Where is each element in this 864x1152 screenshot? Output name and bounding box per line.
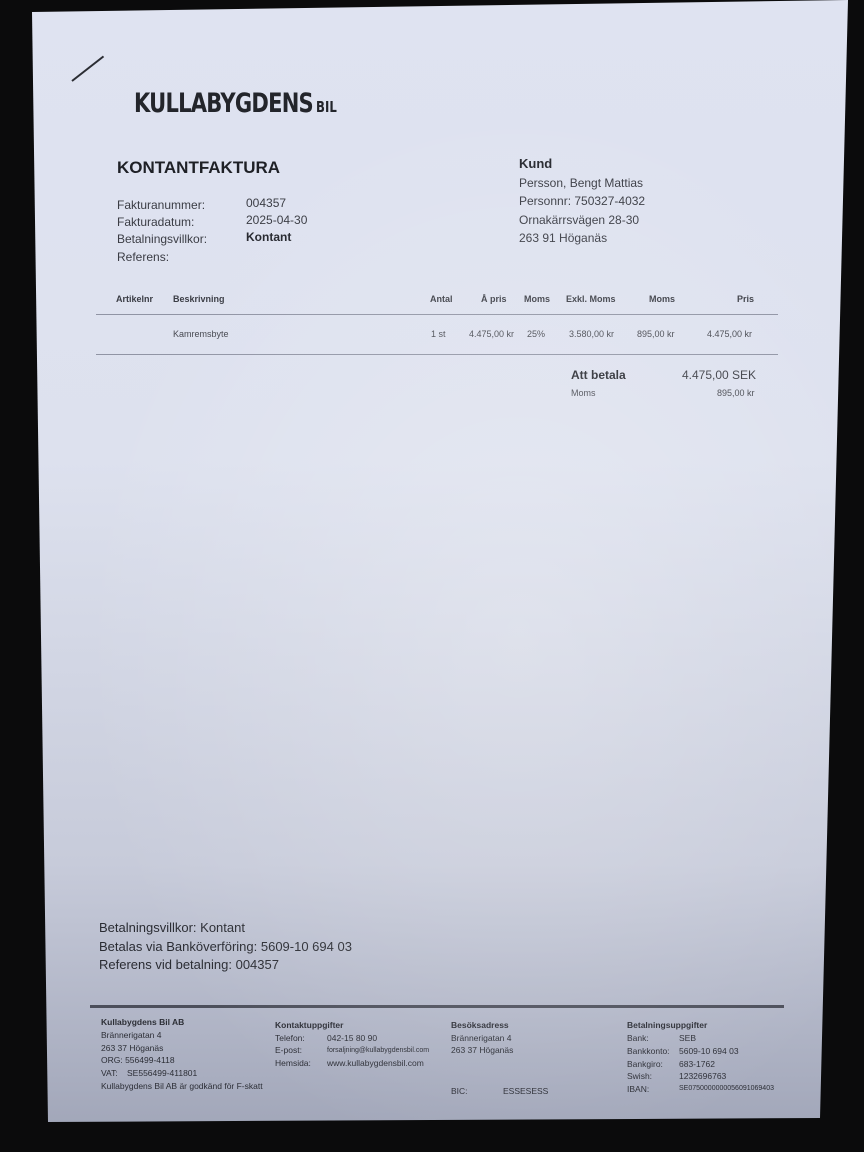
label-betalningsvillkor: Betalningsvillkor: bbox=[117, 232, 207, 246]
col-apris: Å pris bbox=[481, 294, 507, 304]
footer-phone-label: Telefon: bbox=[275, 1033, 305, 1043]
col-moms-pct: Moms bbox=[524, 294, 550, 304]
payment-reference: Referens vid betalning: 004357 bbox=[99, 957, 279, 972]
customer-heading: Kund bbox=[519, 156, 552, 171]
footer-email[interactable]: forsaljning@kullabygdensbil.com bbox=[327, 1047, 429, 1054]
value-betalningsvillkor: Kontant bbox=[246, 230, 291, 244]
footer-vat: SE556499-411801 bbox=[127, 1068, 197, 1078]
footer-bic-label: BIC: bbox=[451, 1086, 468, 1096]
footer-bank-label: Bank: bbox=[627, 1033, 649, 1043]
moms-total-label: Moms bbox=[571, 388, 596, 398]
cell-apris: 4.475,00 kr bbox=[469, 329, 514, 339]
att-betala-value: 4.475,00 SEK bbox=[682, 368, 756, 382]
col-exkl-moms: Exkl. Moms bbox=[566, 294, 616, 304]
footer-bank-heading: Betalningsuppgifter bbox=[627, 1020, 707, 1030]
footer-rule bbox=[90, 1005, 784, 1008]
col-antal: Antal bbox=[430, 294, 453, 304]
footer-visit-heading: Besöksadress bbox=[451, 1020, 509, 1030]
footer-bank: SEB bbox=[679, 1033, 696, 1043]
logo-main: KULLABYGDENS bbox=[134, 88, 313, 119]
footer-web-label: Hemsida: bbox=[275, 1058, 311, 1068]
invoice-title: KONTANTFAKTURA bbox=[117, 158, 280, 178]
value-fakturadatum: 2025-04-30 bbox=[246, 213, 307, 227]
label-fakturanummer: Fakturanummer: bbox=[117, 198, 205, 212]
footer-konto: 5609-10 694 03 bbox=[679, 1046, 739, 1056]
table-bottom-rule bbox=[96, 354, 778, 355]
footer-vat-label: VAT: bbox=[101, 1068, 118, 1078]
footer-visit-street: Brännerigatan 4 bbox=[451, 1033, 512, 1043]
cell-exkl-moms: 3.580,00 kr bbox=[569, 329, 614, 339]
customer-personnr: Personnr: 750327-4032 bbox=[519, 194, 645, 208]
col-pris: Pris bbox=[737, 294, 754, 304]
payment-bank-transfer: Betalas via Banköverföring: 5609-10 694 … bbox=[99, 939, 352, 954]
footer-giro: 683-1762 bbox=[679, 1059, 715, 1069]
footer-contact-heading: Kontaktuppgifter bbox=[275, 1020, 343, 1030]
footer-iban: SE0750000000056091069403 bbox=[679, 1085, 774, 1092]
footer-email-label: E-post: bbox=[275, 1045, 302, 1055]
footer-phone: 042-15 80 90 bbox=[327, 1033, 377, 1043]
att-betala-label: Att betala bbox=[571, 368, 626, 382]
company-logo: KULLABYGDENSBIL bbox=[134, 88, 337, 119]
value-fakturanummer: 004357 bbox=[246, 196, 286, 210]
footer-swish: 1232696763 bbox=[679, 1071, 726, 1081]
footer-fskatt: Kullabygdens Bil AB är godkänd för F-ska… bbox=[101, 1081, 263, 1091]
payment-terms: Betalningsvillkor: Kontant bbox=[99, 920, 245, 935]
footer-swish-label: Swish: bbox=[627, 1071, 652, 1081]
cell-moms-pct: 25% bbox=[527, 329, 545, 339]
logo-suffix: BIL bbox=[316, 98, 337, 116]
customer-name: Persson, Bengt Mattias bbox=[519, 176, 643, 190]
footer-giro-label: Bankgiro: bbox=[627, 1059, 663, 1069]
cell-antal: 1 st bbox=[431, 329, 446, 339]
footer-company-name: Kullabygdens Bil AB bbox=[101, 1017, 184, 1027]
footer-konto-label: Bankkonto: bbox=[627, 1046, 670, 1056]
col-moms: Moms bbox=[649, 294, 675, 304]
footer-visit-city: 263 37 Höganäs bbox=[451, 1045, 513, 1055]
table-header-rule bbox=[96, 314, 778, 315]
footer-company-street: Brännerigatan 4 bbox=[101, 1030, 162, 1040]
footer-company-city: 263 37 Höganäs bbox=[101, 1043, 163, 1053]
col-beskrivning: Beskrivning bbox=[173, 294, 225, 304]
footer-bic: ESSESESS bbox=[503, 1086, 548, 1096]
footer-iban-label: IBAN: bbox=[627, 1084, 649, 1094]
footer-web[interactable]: www.kullabygdensbil.com bbox=[327, 1058, 424, 1068]
customer-city: 263 91 Höganäs bbox=[519, 231, 607, 245]
cell-pris: 4.475,00 kr bbox=[707, 329, 752, 339]
invoice-paper: KULLABYGDENSBIL KONTANTFAKTURA Fakturanu… bbox=[0, 0, 864, 1152]
label-fakturadatum: Fakturadatum: bbox=[117, 215, 194, 229]
col-artikelnr: Artikelnr bbox=[116, 294, 153, 304]
moms-total-value: 895,00 kr bbox=[717, 388, 755, 398]
cell-moms: 895,00 kr bbox=[637, 329, 675, 339]
label-referens: Referens: bbox=[117, 250, 169, 264]
cell-beskrivning: Kamremsbyte bbox=[173, 329, 229, 339]
footer-company-org: ORG: 556499-4118 bbox=[101, 1055, 175, 1065]
staple-mark bbox=[71, 56, 104, 82]
customer-street: Ornakärrsvägen 28-30 bbox=[519, 213, 639, 227]
